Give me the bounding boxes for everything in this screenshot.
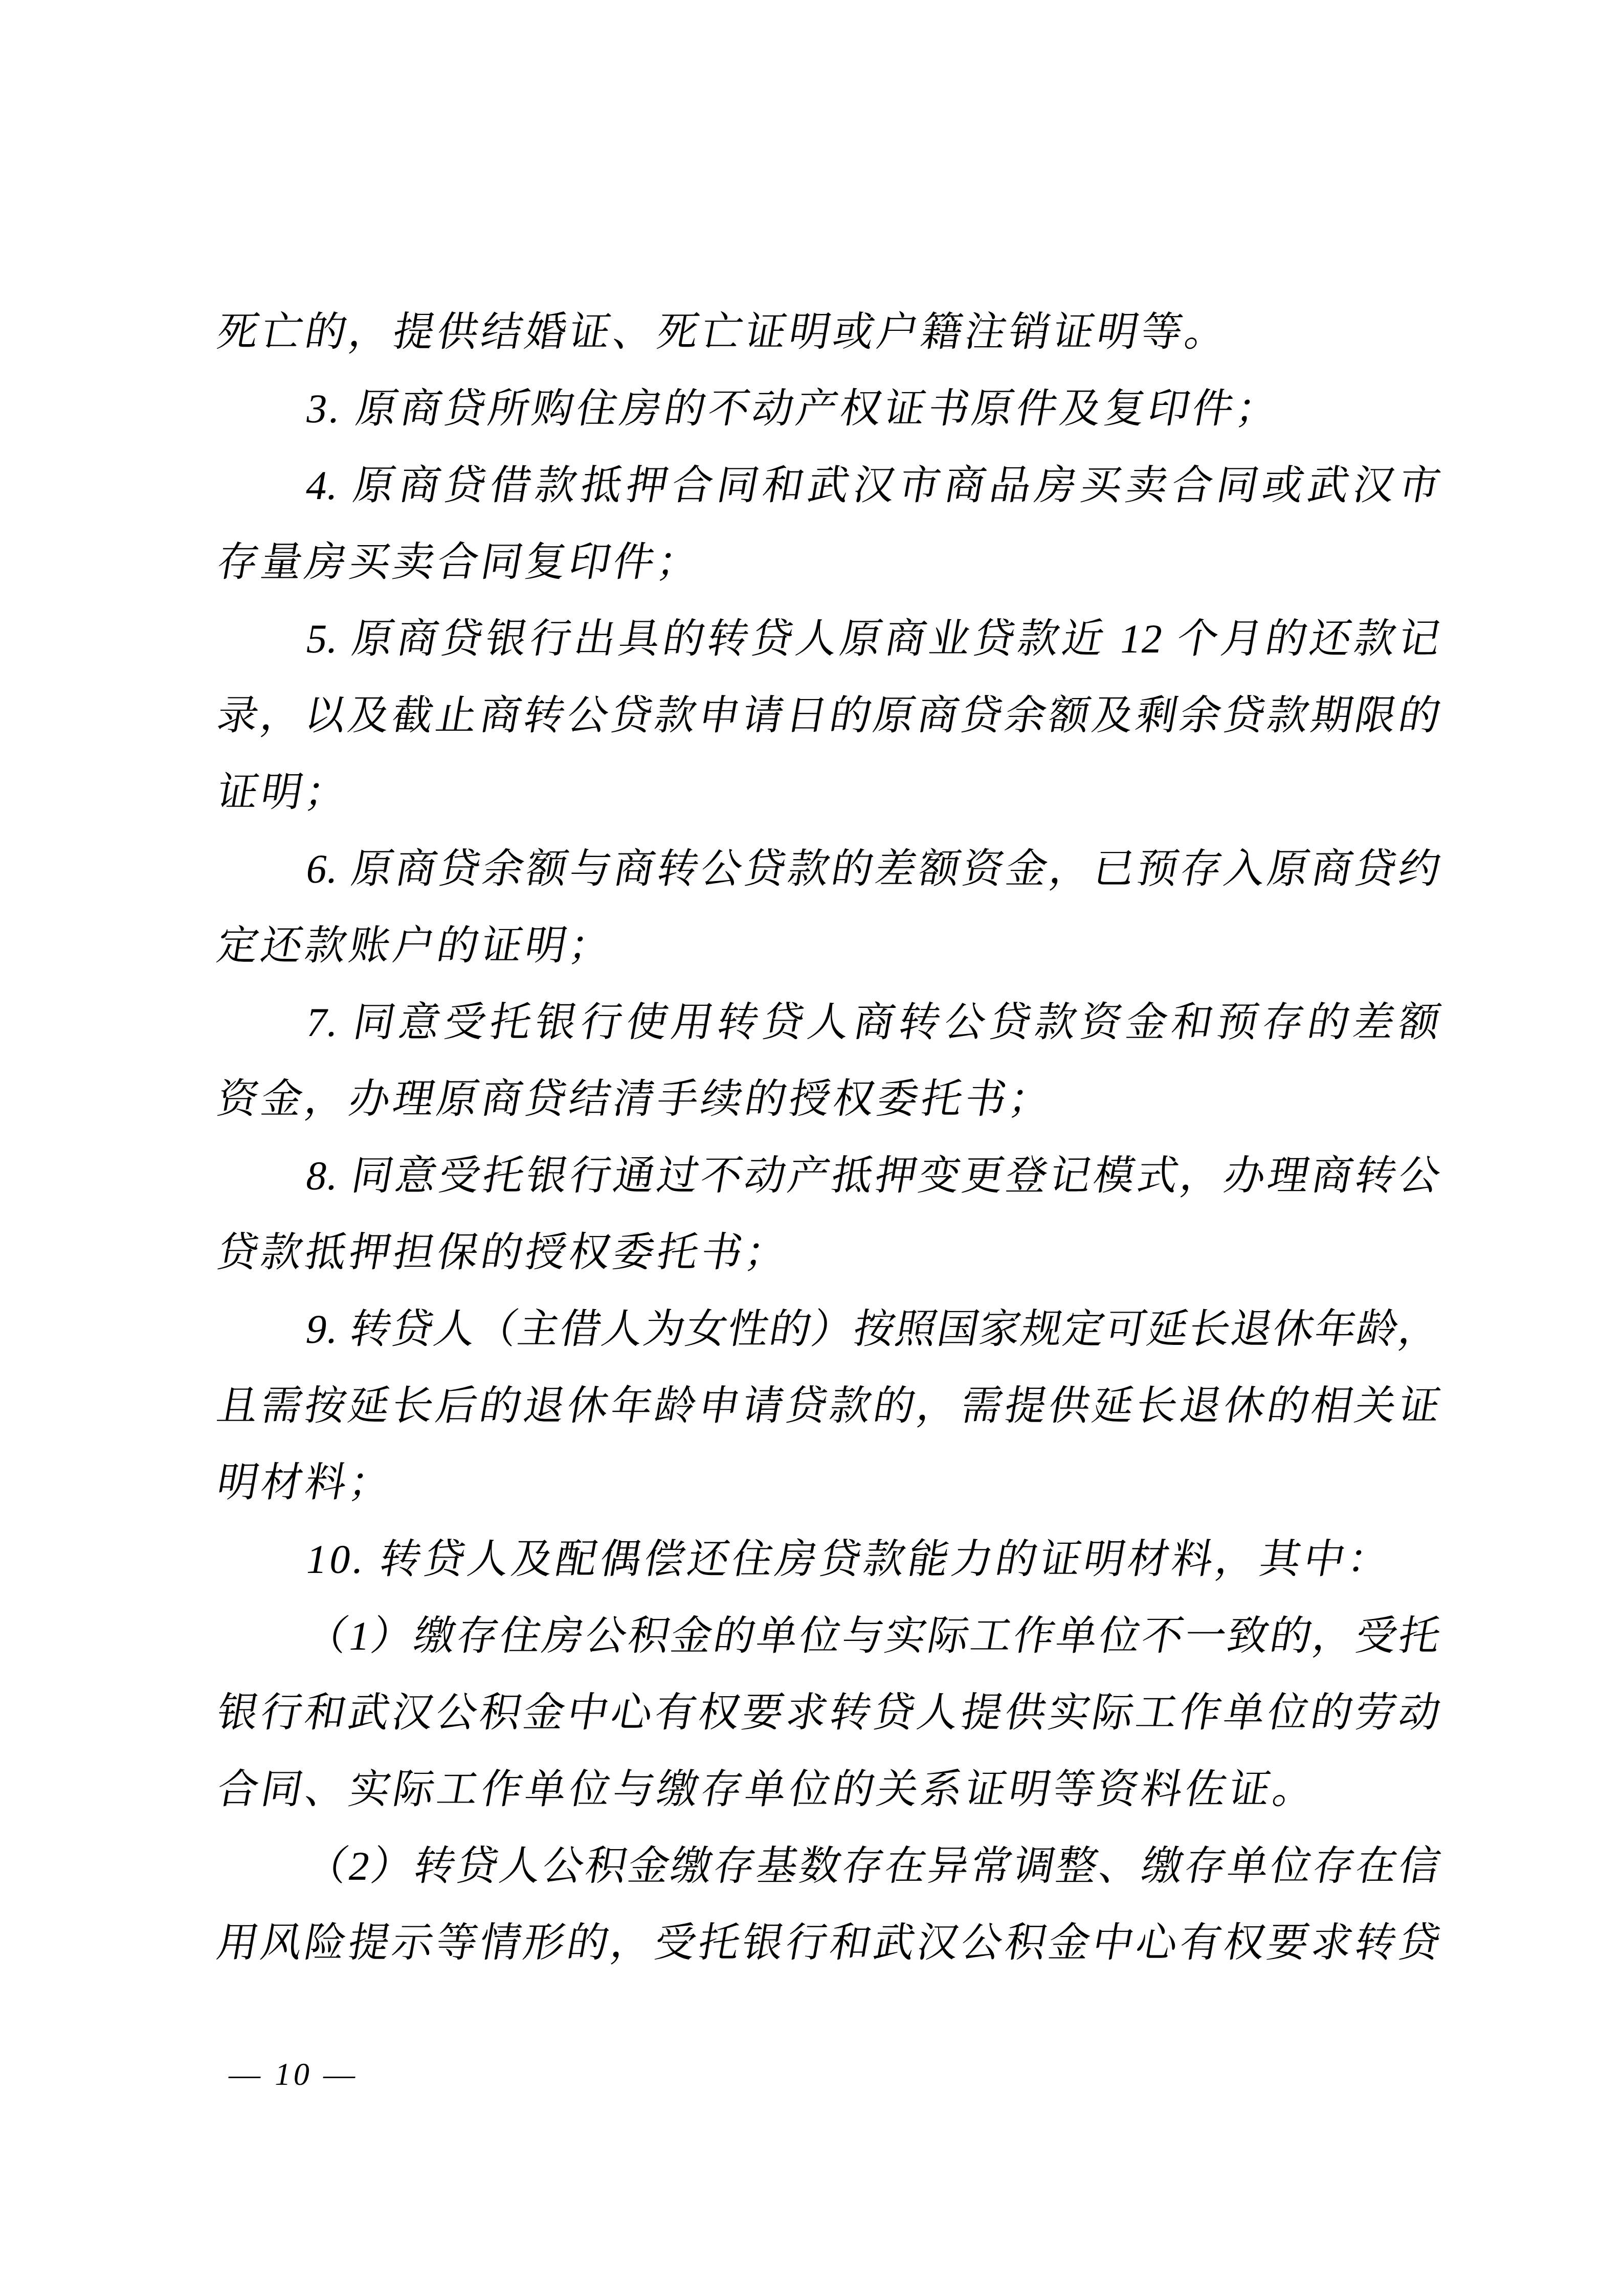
text-line: 资金，办理原商贷结清手续的授权委托书； [211,1061,1448,1138]
document-text-block: 死亡的，提供结婚证、死亡证明或户籍注销证明等。 3. 原商贷所购住房的不动产权证… [211,294,1434,1982]
text-line: 10. 转贷人及配偶偿还住房贷款能力的证明材料，其中： [211,1521,1448,1598]
footer-page-number: — 10 — [225,2052,363,2098]
text-line: 6. 原商贷余额与商转公贷款的差额资金，已预存入原商贷约 [211,831,1448,908]
text-line: 9. 转贷人（主借人为女性的）按照国家规定可延长退休年龄， [211,1291,1448,1368]
text-line: 银行和武汉公积金中心有权要求转贷人提供实际工作单位的劳动 [211,1675,1448,1751]
text-line: 合同、实际工作单位与缴存单位的关系证明等资料佐证。 [211,1751,1448,1828]
text-line: 录，以及截止商转公贷款申请日的原商贷余额及剩余贷款期限的 [211,678,1448,754]
text-line: （2）转贷人公积金缴存基数存在异常调整、缴存单位存在信 [211,1828,1448,1905]
text-line: （1）缴存住房公积金的单位与实际工作单位不一致的，受托 [211,1598,1448,1675]
text-line: 定还款账户的证明； [211,908,1448,984]
text-line: 用风险提示等情形的，受托银行和武汉公积金中心有权要求转贷 [211,1905,1448,1982]
text-line: 4. 原商贷借款抵押合同和武汉市商品房买卖合同或武汉市 [211,447,1448,524]
document-page: 死亡的，提供结婚证、死亡证明或户籍注销证明等。 3. 原商贷所购住房的不动产权证… [0,0,1624,2296]
text-line: 证明； [211,754,1448,831]
text-line: 8. 同意受托银行通过不动产抵押变更登记模式，办理商转公 [211,1138,1448,1214]
text-line: 明材料； [211,1445,1448,1521]
text-line: 存量房买卖合同复印件； [211,524,1448,601]
text-line: 5. 原商贷银行出具的转贷人原商业贷款近 12 个月的还款记 [211,601,1448,678]
text-line: 7. 同意受托银行使用转贷人商转公贷款资金和预存的差额 [211,984,1448,1061]
text-line: 3. 原商贷所购住房的不动产权证书原件及复印件； [211,371,1448,447]
text-line: 死亡的，提供结婚证、死亡证明或户籍注销证明等。 [211,294,1448,371]
text-line: 且需按延长后的退休年龄申请贷款的，需提供延长退休的相关证 [211,1368,1448,1445]
text-line: 贷款抵押担保的授权委托书； [211,1214,1448,1291]
